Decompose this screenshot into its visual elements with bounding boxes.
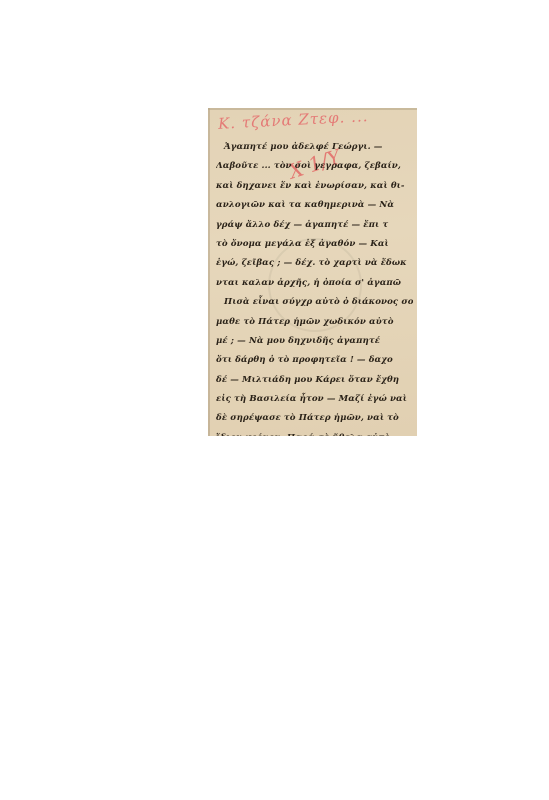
text-line: καὶ δηχανει ἕν καὶ ἐνωρίσαν, καὶ θι-	[216, 177, 413, 196]
text-line: νται καλαν ἀρχῆς, ἡ ὁποία σ' ἀγαπῶ	[216, 274, 413, 293]
handwritten-letter-page: Κ. τζάνα Ζτεφ. ... Χ 1/Υ Ἀγαπητέ μου ἀδε…	[208, 108, 417, 436]
red-heading-annotation: Κ. τζάνα Ζτεφ. ...	[218, 108, 369, 133]
text-line: ἐγώ, ζεῖβας ; — δέχ. τὸ χαρτὶ νὰ ἔδωκ	[216, 254, 413, 273]
text-line: ὅτι δάρθη ὁ τὸ προφητεῖα ! — δαχο	[216, 351, 413, 370]
text-line: Λαβοῦτε ... τὸν σοὶ γεγραφα, ζεβαίν,	[216, 157, 413, 176]
text-line: Πισὰ εἶναι σύγχρ αὐτὸ ὁ διάκονος σοῦ	[216, 293, 413, 312]
text-line: δὲ σηρέψασε τὸ Πάτερ ἡμῶν, ναὶ τὸ	[216, 409, 413, 428]
text-line: ἴδιον χρόνον. Παρά σὲ ἤθελα αὐτὸ	[216, 429, 413, 436]
text-line: μέ ; — Νὰ μου δηχνιδῆς ἀγαπητέ	[216, 332, 413, 351]
text-line: Ἀγαπητέ μου ἀδελφέ Γεώργι. —	[216, 138, 413, 157]
text-line: εἰς τὴ Βασιλεία ἦτον — Μαζί ἐγώ ναὶ	[216, 390, 413, 409]
text-line: δέ — Μιλτιάδη μου Κάρει ὅταν ἔχθη	[216, 371, 413, 390]
letter-body: Ἀγαπητέ μου ἀδελφέ Γεώργι. — Λαβοῦτε ...…	[216, 138, 413, 436]
text-line: γράψ ἄλλο δέχ — ἀγαπητέ — ἔπι τ	[216, 216, 413, 235]
text-line: τὸ ὄνομα μεγάλα ἐξ ἀγαθόν — Καὶ	[216, 235, 413, 254]
text-line: ανλογιῶν καὶ τα καθημερινὰ — Νὰ	[216, 196, 413, 215]
text-line: μαθε τὸ Πάτερ ἡμῶν χωδικόν αὐτὸ	[216, 313, 413, 332]
